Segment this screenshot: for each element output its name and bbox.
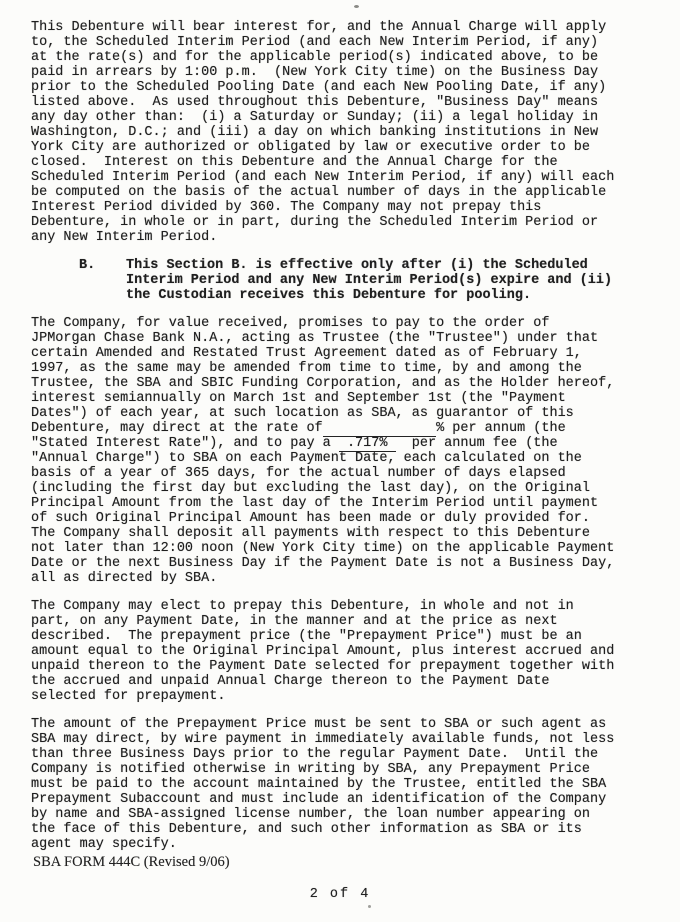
text-line: This Section B. is effective only after … bbox=[126, 258, 612, 273]
text-line: the Custodian receives this Debenture fo… bbox=[126, 288, 612, 303]
form-number-label: SBA FORM 444C (Revised 9/06) bbox=[33, 854, 230, 871]
text-line: The amount of the Prepayment Price must … bbox=[31, 717, 652, 732]
text-line: The Company, for value received, promise… bbox=[31, 316, 652, 331]
text-line: Principal Amount from the last day of th… bbox=[31, 496, 652, 511]
text-line: basis of a year of 365 days, for the act… bbox=[31, 466, 652, 481]
text-line: to, the Scheduled Interim Period (and ea… bbox=[31, 35, 652, 50]
text-line: interest semiannually on March 1st and S… bbox=[31, 391, 652, 406]
text-line: part, on any Payment Date, in the manner… bbox=[31, 614, 652, 629]
scan-artifact-speck bbox=[368, 905, 371, 908]
text-line: all as directed by SBA. bbox=[31, 571, 652, 586]
text-line: any New Interim Period. bbox=[31, 230, 652, 245]
text-line: This Debenture will bear interest for, a… bbox=[31, 20, 652, 35]
document-body: This Debenture will bear interest for, a… bbox=[31, 20, 652, 852]
text-line: at the rate(s) and for the applicable pe… bbox=[31, 50, 652, 65]
text-line: any day other than: (i) a Saturday or Su… bbox=[31, 110, 652, 125]
text-line: Washington, D.C.; and (iii) a day on whi… bbox=[31, 125, 652, 140]
text-line: closed. Interest on this Debenture and t… bbox=[31, 155, 652, 170]
page-number: 2 of 4 bbox=[0, 887, 680, 902]
text-line: agent may specify. bbox=[31, 837, 652, 852]
text-line: (including the first day but excluding t… bbox=[31, 481, 652, 496]
text-line: paid in arrears by 1:00 p.m. (New York C… bbox=[31, 65, 652, 80]
text-line: Dates") of each year, at such location a… bbox=[31, 406, 652, 421]
text-line: certain Amended and Restated Trust Agree… bbox=[31, 346, 652, 361]
text-line: the accrued and unpaid Annual Charge the… bbox=[31, 674, 652, 689]
text-line: must be paid to the account maintained b… bbox=[31, 777, 652, 792]
text-line: prior to the Scheduled Pooling Date (and… bbox=[31, 80, 652, 95]
section-label: B. bbox=[79, 258, 126, 303]
text-line: The Company shall deposit all payments w… bbox=[31, 526, 652, 541]
para-promise-to-pay: The Company, for value received, promise… bbox=[31, 316, 652, 586]
text-line: York City are authorized or obligated by… bbox=[31, 140, 652, 155]
text-line: JPMorgan Chase Bank N.A., acting as Trus… bbox=[31, 331, 652, 346]
text-line: SBA may direct, by wire payment in immed… bbox=[31, 732, 652, 747]
text-line: Interim Period and any New Interim Perio… bbox=[126, 273, 612, 288]
text-segment: Debenture, may direct at the rate of bbox=[31, 421, 323, 436]
text-line: "Stated Interest Rate"), and to pay a .7… bbox=[31, 436, 652, 451]
text-line: by name and SBA-assigned license number,… bbox=[31, 807, 652, 822]
text-line: Interest Period divided by 360. The Comp… bbox=[31, 200, 652, 215]
text-line: than three Business Days prior to the re… bbox=[31, 747, 652, 762]
text-line: Debenture, in whole or in part, during t… bbox=[31, 215, 652, 230]
para-prepayment-election: The Company may elect to prepay this Deb… bbox=[31, 599, 652, 704]
scan-artifact-speck bbox=[354, 5, 359, 8]
text-line: "Annual Charge") to SBA on each Payment … bbox=[31, 451, 652, 466]
text-line: Scheduled Interim Period (and each New I… bbox=[31, 170, 652, 185]
text-line: of such Original Principal Amount has be… bbox=[31, 511, 652, 526]
text-line: not later than 12:00 noon (New York City… bbox=[31, 541, 652, 556]
text-line: described. The prepayment price (the "Pr… bbox=[31, 629, 652, 644]
text-segment: % per annum (the bbox=[436, 421, 566, 436]
text-line: the face of this Debenture, and such oth… bbox=[31, 822, 652, 837]
section-text: This Section B. is effective only after … bbox=[126, 258, 612, 303]
text-segment: "Stated Interest Rate"), and to pay a bbox=[31, 436, 339, 451]
text-line: 1997, as the same may be amended from ti… bbox=[31, 361, 652, 376]
underlined-blank bbox=[323, 421, 436, 437]
underlined-blank: .717% bbox=[339, 436, 396, 452]
text-line: Prepayment Subaccount and must include a… bbox=[31, 792, 652, 807]
para-prepayment-price-delivery: The amount of the Prepayment Price must … bbox=[31, 717, 652, 852]
scanned-document-page: This Debenture will bear interest for, a… bbox=[0, 0, 680, 922]
text-line: Date or the next Business Day if the Pay… bbox=[31, 556, 652, 571]
text-line: listed above. As used throughout this De… bbox=[31, 95, 652, 110]
para-interest-and-annual-charge: This Debenture will bear interest for, a… bbox=[31, 20, 652, 245]
text-segment: per annum fee (the bbox=[396, 436, 558, 451]
text-line: The Company may elect to prepay this Deb… bbox=[31, 599, 652, 614]
text-line: amount equal to the Original Principal A… bbox=[31, 644, 652, 659]
section-b: B.This Section B. is effective only afte… bbox=[79, 258, 652, 303]
text-line: be computed on the basis of the actual n… bbox=[31, 185, 652, 200]
text-line: selected for prepayment. bbox=[31, 689, 652, 704]
text-line: Trustee, the SBA and SBIC Funding Corpor… bbox=[31, 376, 652, 391]
text-line: Debenture, may direct at the rate of % p… bbox=[31, 421, 652, 436]
text-line: unpaid thereon to the Payment Date selec… bbox=[31, 659, 652, 674]
text-line: Company is notified otherwise in writing… bbox=[31, 762, 652, 777]
